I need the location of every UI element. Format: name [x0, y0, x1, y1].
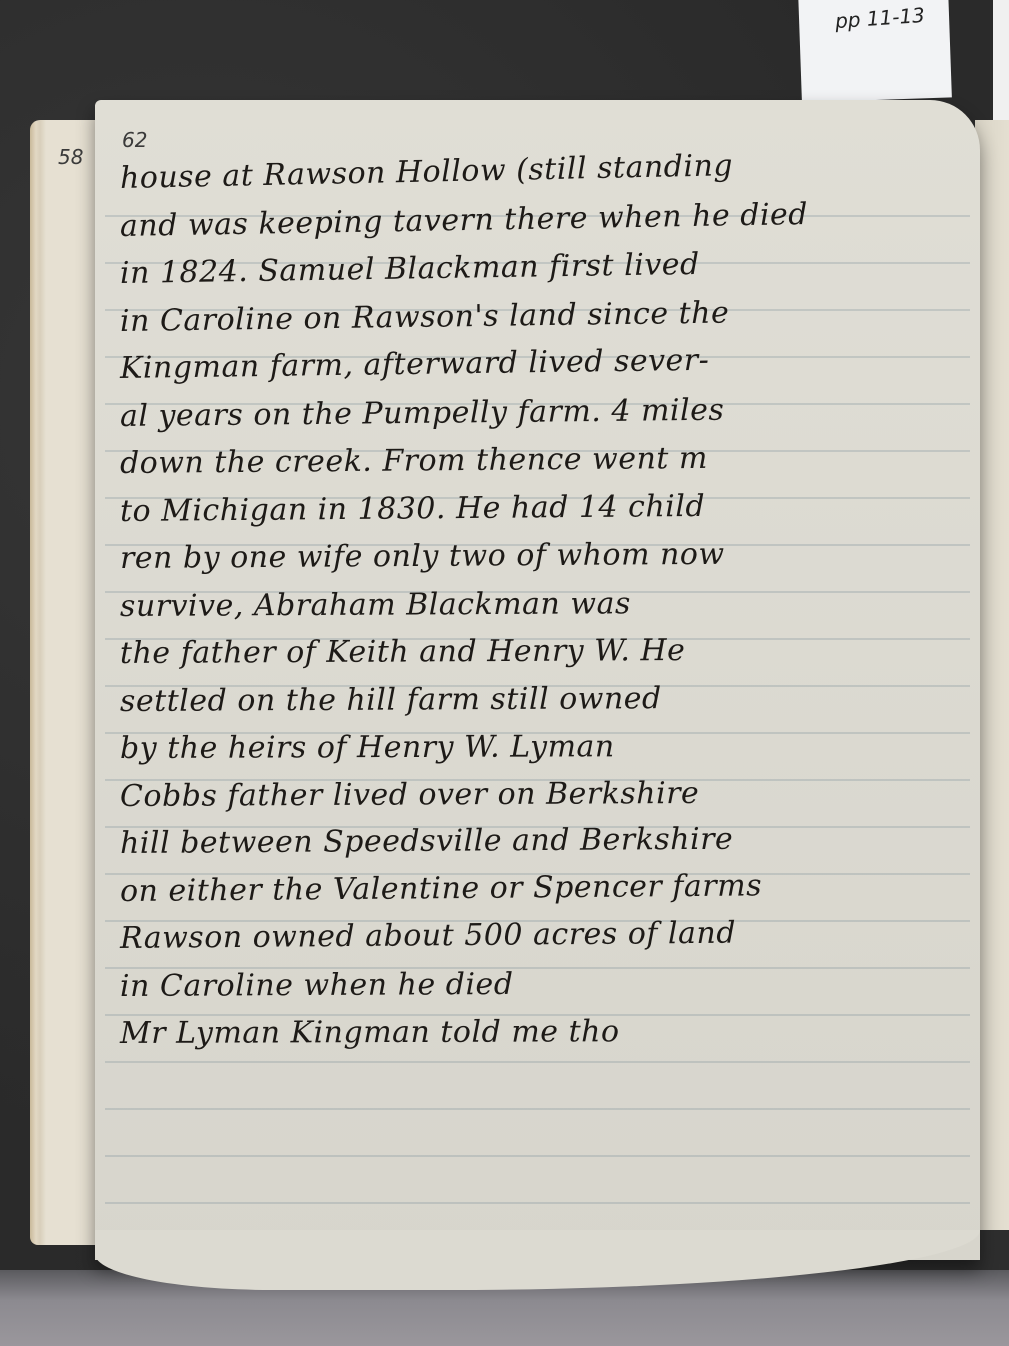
facing-page-edge	[975, 120, 1009, 1230]
text-line: ren by one wife only two of whom now	[120, 529, 970, 582]
page-number-left: 58	[58, 145, 83, 169]
text-line: in Caroline when he died	[120, 958, 970, 1010]
text-line: down the creek. From thence went m	[120, 433, 970, 488]
text-line: settled on the hill farm still owned	[120, 673, 970, 725]
page-number: 62	[122, 128, 147, 152]
handwritten-text: house at Rawson Hollow (still standing a…	[120, 155, 970, 1058]
text-line: al years on the Pumpelly farm. 4 miles	[120, 384, 970, 440]
text-line: hill between Speedsville and Berkshire	[120, 814, 970, 867]
text-line: survive, Abraham Blackman was	[120, 578, 970, 630]
text-line: Rawson owned about 500 acres of land	[120, 908, 970, 963]
text-line: by the heirs of Henry W. Lyman	[120, 722, 970, 772]
text-line: the father of Keith and Henry W. He	[120, 626, 970, 678]
text-line: Mr Lyman Kingman told me tho	[120, 1007, 970, 1057]
paper-strip	[993, 0, 1009, 120]
text-line: to Michigan in 1830. He had 14 child	[120, 480, 970, 535]
text-line: on either the Valentine or Spencer farms	[120, 860, 970, 915]
text-line: Cobbs father lived over on Berkshire	[120, 768, 970, 820]
